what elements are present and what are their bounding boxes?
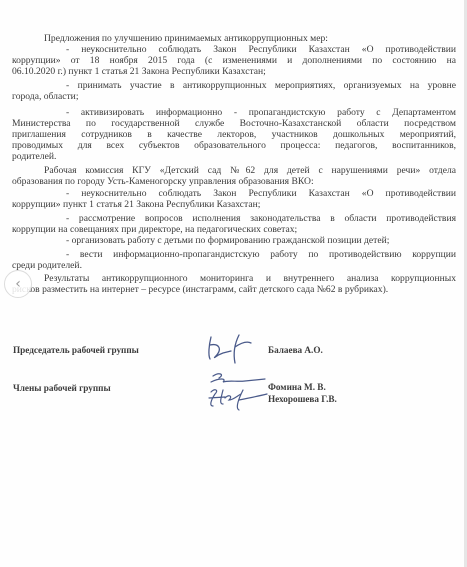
text-line: Результаты антикоррупционного мониторинг… bbox=[44, 273, 456, 284]
text-line: - неукоснительно соблюдать Закон Республ… bbox=[66, 44, 456, 55]
chair-label: Председатель рабочей группы bbox=[13, 345, 139, 355]
member-name-2: Нехорошева Г.В. bbox=[268, 394, 337, 404]
text-line: коррупции на совещаниях при директоре, н… bbox=[12, 224, 456, 235]
text-line: - активизировать информационно - пропага… bbox=[66, 107, 456, 118]
text-line: Министерства по государственной службе В… bbox=[12, 118, 456, 129]
text-line: проводимых для всех субъектов образовате… bbox=[12, 140, 456, 151]
text-line: - неукоснительно соблюдать Закон Республ… bbox=[66, 188, 456, 199]
text-line: - организовать работу с детьми по формир… bbox=[66, 235, 456, 246]
text-line: образования по городу Усть-Каменогорску … bbox=[12, 176, 456, 187]
text-line: коррупции» от 18 ноября 2015 года (с изм… bbox=[12, 55, 456, 66]
text-line: города, области; bbox=[12, 91, 456, 102]
chair-signature bbox=[205, 333, 255, 365]
document-title: Предложения по улучшению принимаемых ант… bbox=[44, 33, 456, 44]
text-line: родителей. bbox=[12, 151, 456, 162]
text-line: среди родителей. bbox=[12, 260, 456, 271]
member-name-1: Фомина М. В. bbox=[268, 382, 326, 392]
text-line: коррупции» пункт 1 статья 21 Закона Респ… bbox=[12, 199, 456, 210]
text-line: 06.10.2020 г.) пункт 1 статья 21 Закона … bbox=[12, 66, 456, 77]
member-signatures bbox=[205, 370, 270, 412]
chevron-left-icon: ‹ bbox=[15, 276, 21, 292]
text-line: рисков разместить на интернет – ресурсе … bbox=[12, 284, 456, 295]
text-line: - принимать участие в антикоррупционных … bbox=[66, 80, 456, 91]
members-label: Члены рабочей группы bbox=[13, 383, 111, 393]
previous-button[interactable]: ‹ bbox=[4, 270, 32, 298]
text-line: Рабочая комиссия КГУ «Детский сад №62 дл… bbox=[44, 165, 456, 176]
document-page: Предложения по улучшению принимаемых ант… bbox=[0, 0, 467, 567]
text-line: приглашения сотрудников в качестве лекто… bbox=[12, 129, 456, 140]
text-line: - рассмотрение вопросов исполнения закон… bbox=[66, 213, 456, 224]
chair-name: Балаева А.О. bbox=[268, 345, 323, 355]
text-line: - вести информационно-пропагандистскую р… bbox=[66, 249, 456, 260]
